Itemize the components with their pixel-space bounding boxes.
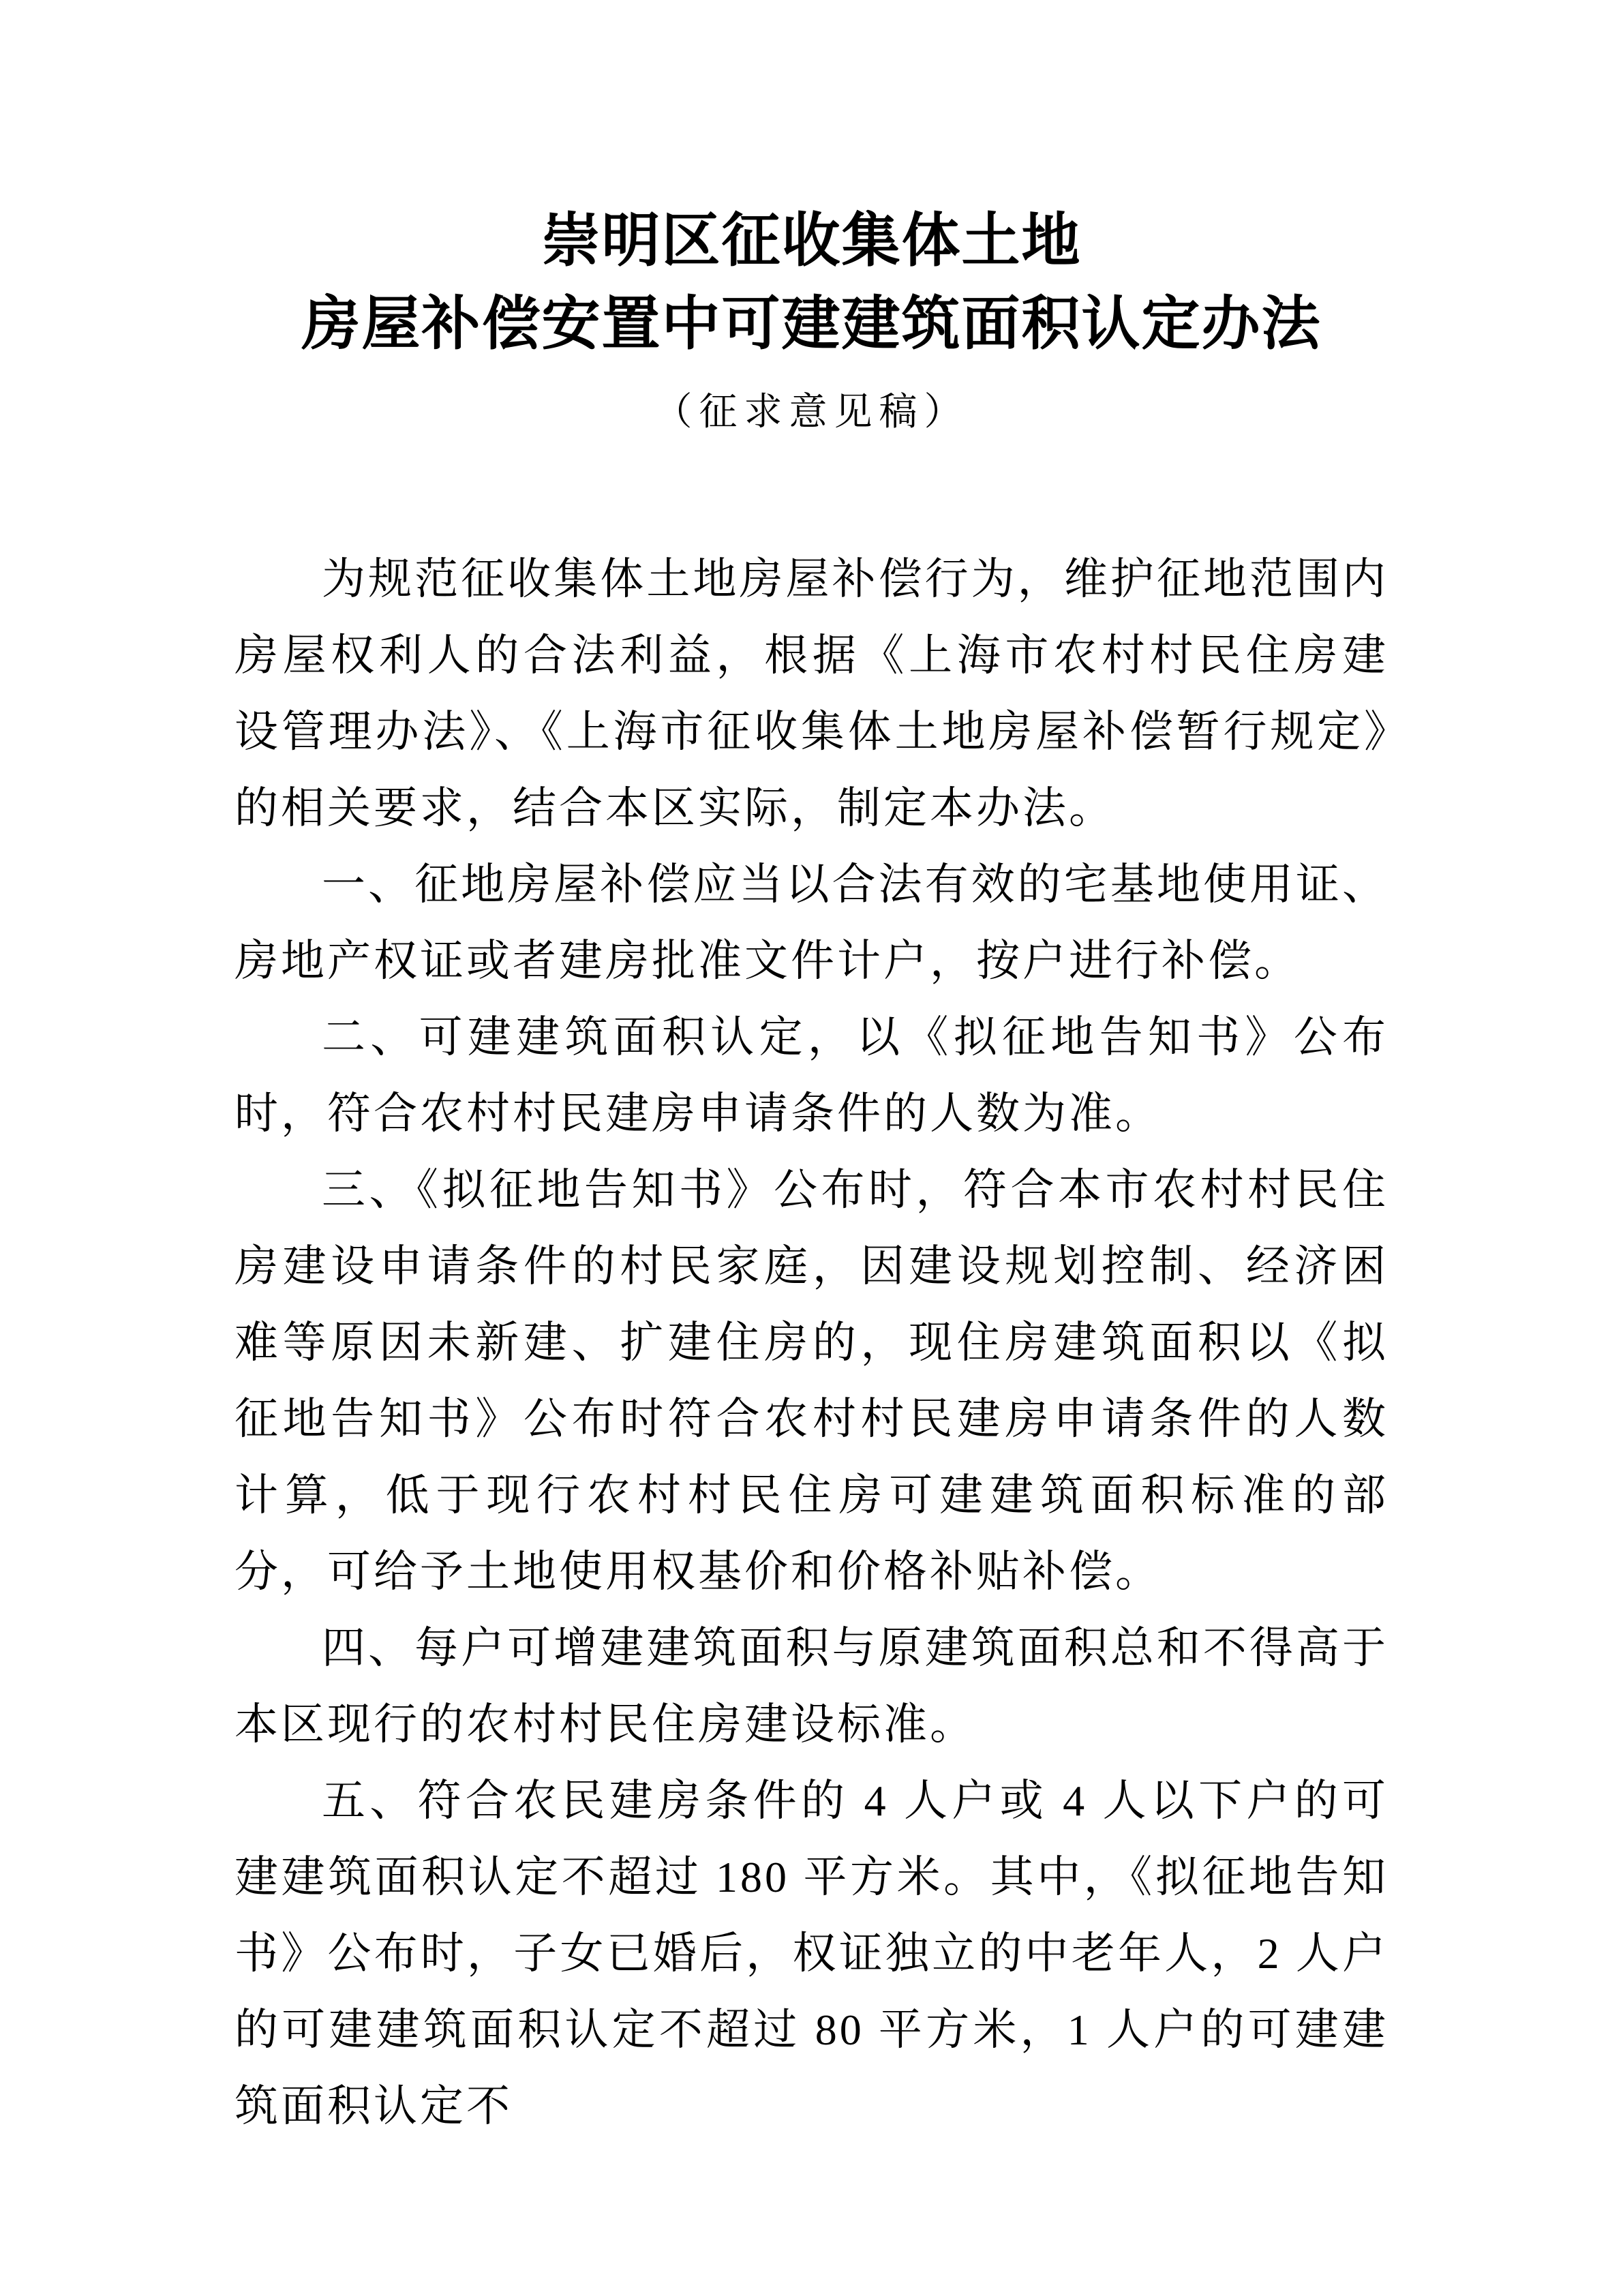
paragraph-item-3: 三、《拟征地告知书》公布时，符合本市农村村民住房建设申请条件的村民家庭，因建设规…	[234, 1152, 1389, 1610]
document-page: 崇明区征收集体土地 房屋补偿安置中可建建筑面积认定办法 （征求意见稿） 为规范征…	[0, 0, 1623, 2296]
document-body: 为规范征收集体土地房屋补偿行为，维护征地范围内房屋权利人的合法利益，根据《上海市…	[234, 541, 1389, 2145]
document-title: 崇明区征收集体土地 房屋补偿安置中可建建筑面积认定办法	[234, 199, 1389, 365]
title-line-2: 房屋补偿安置中可建建筑面积认定办法	[234, 282, 1389, 365]
paragraph-item-5: 五、符合农民建房条件的 4 人户或 4 人以下户的可建建筑面积认定不超过 180…	[234, 1763, 1389, 2145]
paragraph-item-2: 二、可建建筑面积认定，以《拟征地告知书》公布时，符合农村村民建房申请条件的人数为…	[234, 999, 1389, 1152]
paragraph-item-1: 一、征地房屋补偿应当以合法有效的宅基地使用证、房地产权证或者建房批准文件计户，按…	[234, 847, 1389, 999]
paragraph-item-4: 四、每户可增建建筑面积与原建筑面积总和不得高于本区现行的农村村民住房建设标准。	[234, 1610, 1389, 1763]
title-line-1: 崇明区征收集体土地	[234, 199, 1389, 282]
paragraph-intro: 为规范征收集体土地房屋补偿行为，维护征地范围内房屋权利人的合法利益，根据《上海市…	[234, 541, 1389, 847]
document-subtitle: （征求意见稿）	[234, 383, 1389, 442]
